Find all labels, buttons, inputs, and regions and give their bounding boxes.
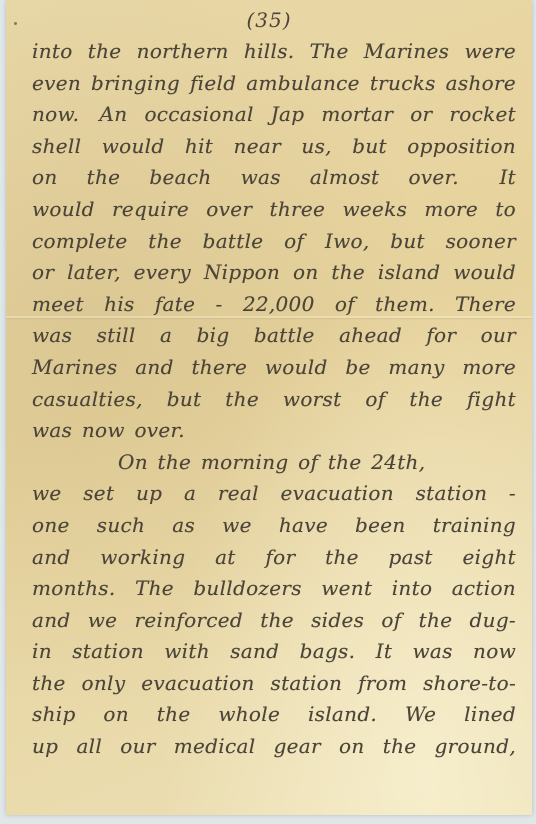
scanned-letter-frame: (35) into the northern hills. The Marine… [0, 0, 536, 824]
handwritten-line: would require over three weeks more to [32, 194, 516, 226]
handwritten-line: the only evacuation station from shore-t… [32, 668, 516, 700]
handwritten-line: up all our medical gear on the ground, [32, 731, 516, 763]
handwritten-line: we set up a real evacuation station - [32, 478, 516, 510]
handwritten-line: Marines and there would be many more [32, 352, 516, 384]
handwritten-line: even bringing field ambulance trucks ash… [32, 68, 516, 100]
handwritten-line: was now over. [32, 415, 516, 447]
paper-speck [14, 22, 17, 25]
handwritten-line: shell would hit near us, but opposition [32, 131, 516, 163]
handwritten-line: and we reinforced the sides of the dug- [32, 605, 516, 637]
handwritten-line: On the morning of the 24th, [32, 447, 516, 479]
handwritten-line: now. An occasional Jap mortar or rocket [32, 99, 516, 131]
handwritten-line: one such as we have been training [32, 510, 516, 542]
handwritten-line: into the northern hills. The Marines wer… [32, 36, 516, 68]
handwritten-line: in station with sand bags. It was now [32, 636, 516, 668]
handwritten-line: and working at for the past eight [32, 542, 516, 574]
letter-page: (35) into the northern hills. The Marine… [6, 0, 532, 815]
handwritten-line: on the beach was almost over. It [32, 162, 516, 194]
handwritten-line: or later, every Nippon on the island wou… [32, 257, 516, 289]
paper-crease [6, 316, 532, 318]
handwritten-line: casualties, but the worst of the fight [32, 384, 516, 416]
handwritten-line: months. The bulldozers went into action [32, 573, 516, 605]
handwritten-line: was still a big battle ahead for our [32, 320, 516, 352]
letter-body: into the northern hills. The Marines wer… [6, 32, 532, 763]
page-number: (35) [6, 0, 532, 32]
handwritten-line: ship on the whole island. We lined [32, 699, 516, 731]
handwritten-line: complete the battle of Iwo, but sooner [32, 226, 516, 258]
